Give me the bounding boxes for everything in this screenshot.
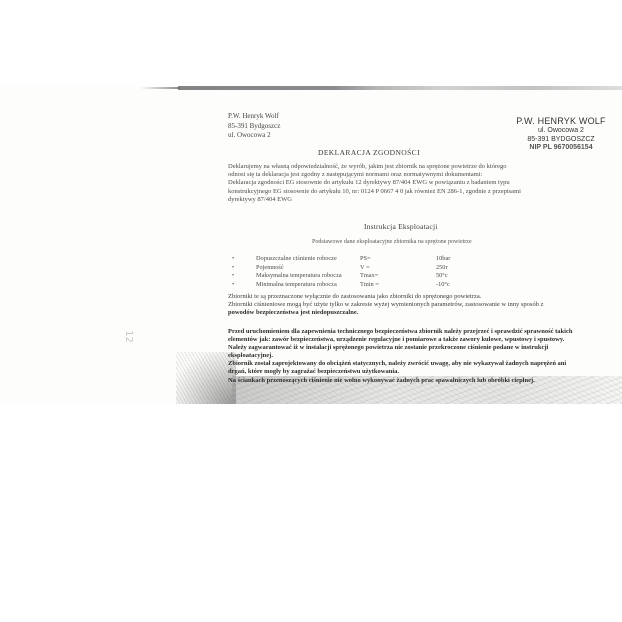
usage-text: Zbiorniki te są przeznaczone wyłącznie d… xyxy=(228,293,620,317)
safety-line: elementów jak: zawór bezpieczeństwa, urz… xyxy=(228,336,620,344)
parameter-value: 250r xyxy=(436,264,476,272)
declaration-line: odnosi się ta deklaracja jest zgodny z n… xyxy=(228,171,618,179)
scan-top-edge xyxy=(178,86,622,90)
parameter-row: • Pojemność V = 250r xyxy=(232,264,476,273)
safety-line: eksploatacyjnej. xyxy=(228,352,620,360)
safety-line: Na ściankach przenoszących ciśnienie nie… xyxy=(228,377,620,385)
parameter-value: 50°c xyxy=(436,272,476,280)
scan-shadow xyxy=(176,352,236,404)
usage-line: Zbiorniki ciśnieniowe mogą być użyte tyl… xyxy=(228,301,620,309)
bullet-icon: • xyxy=(232,265,256,273)
parameter-name: Minimalna temperatura robocza xyxy=(256,281,360,289)
stamp-nip: NIP PL 9670056154 xyxy=(500,144,622,153)
declaration-text: Deklarujemy na własną odpowiedzialność, … xyxy=(228,163,618,204)
parameter-value: -10°c xyxy=(436,281,476,289)
safety-line: Należy zagwarantować iż w instalacji spr… xyxy=(228,344,620,352)
sender-street: ul. Owocowa 2 xyxy=(228,131,280,141)
safety-line: Przed uruchomieniem dla zapewnienia tech… xyxy=(228,328,620,336)
safety-line: Zbiornik został zaprojektowany do obciąż… xyxy=(228,360,620,368)
parameters-list: • Dopuszczalne ciśnienie robocze PS= 10b… xyxy=(232,255,476,290)
parameter-name: Pojemność xyxy=(256,264,360,272)
document-title: DEKLARACJA ZGODNOŚCI xyxy=(318,148,420,157)
company-stamp: P.W. HENRYK WOLF ul. Owocowa 2 85-391 BY… xyxy=(500,116,622,153)
stamp-company: P.W. HENRYK WOLF xyxy=(500,116,622,127)
declaration-line: dyrektywy 87/404 EWG xyxy=(228,196,618,204)
stamp-city: 85-391 BYDGOSZCZ xyxy=(500,136,622,145)
parameter-value: 10bar xyxy=(436,255,476,263)
declaration-line: Deklarujemy na własną odpowiedzialność, … xyxy=(228,163,618,171)
sender-address-left: P.W. Henryk Wolf 85-391 Bydgoszcz ul. Ow… xyxy=(228,112,280,141)
margin-mark: 12 xyxy=(123,330,134,343)
bullet-icon: • xyxy=(232,282,256,290)
stamp-street: ul. Owocowa 2 xyxy=(500,127,622,136)
declaration-line: Deklaracja zgodności EG stosownie do art… xyxy=(228,179,618,187)
bullet-icon: • xyxy=(232,256,256,264)
safety-text: Przed uruchomieniem dla zapewnienia tech… xyxy=(228,328,620,385)
usage-line: powodów bezpieczeństwa jest niedopuszcza… xyxy=(228,309,620,317)
usage-line: Zbiorniki te są przeznaczone wyłącznie d… xyxy=(228,293,620,301)
parameter-row: • Maksymalna temperatura robocza Tmax= 5… xyxy=(232,272,476,281)
parameter-name: Dopuszczalne ciśnienie robocze xyxy=(256,255,360,263)
bullet-icon: • xyxy=(232,273,256,281)
instructions-subtitle: Podstawowe dane eksploatacyjne zbiornika… xyxy=(312,239,472,245)
parameter-name: Maksymalna temperatura robocza xyxy=(256,272,360,280)
parameter-symbol: V = xyxy=(360,264,436,272)
sender-city: 85-391 Bydgoszcz xyxy=(228,122,280,132)
parameter-symbol: PS= xyxy=(360,255,436,263)
safety-line: drgań, które mogły by zagrażać bezpiecze… xyxy=(228,368,620,376)
parameter-symbol: Tmin = xyxy=(360,281,436,289)
declaration-line: konstrukcyjnego EG stosownie do artykułu… xyxy=(228,188,618,196)
sender-company: P.W. Henryk Wolf xyxy=(228,112,280,122)
parameter-row: • Minimalna temperatura robocza Tmin = -… xyxy=(232,281,476,290)
scan-edge-fade xyxy=(140,87,180,89)
parameter-row: • Dopuszczalne ciśnienie robocze PS= 10b… xyxy=(232,255,476,264)
parameter-symbol: Tmax= xyxy=(360,272,436,280)
instructions-title: Instrukcja Eksploatacji xyxy=(364,222,438,231)
